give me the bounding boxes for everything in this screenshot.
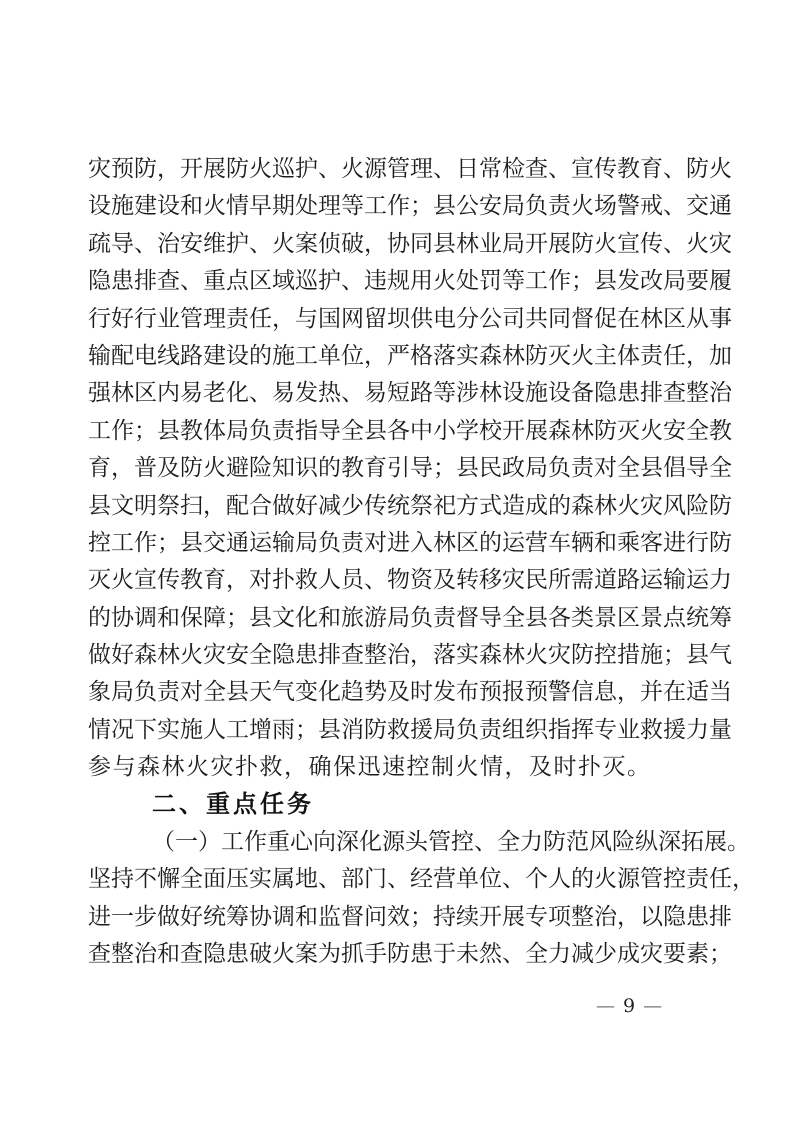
body-line: 象局负责对全县天气变化趋势及时发布预报预警信息，并在适当 xyxy=(88,673,706,710)
body-line: 的协调和保障；县文化和旅游局负责督导全县各类景区景点统筹 xyxy=(88,599,706,636)
page-number-right-dash: — xyxy=(643,995,664,1017)
body-line: 设施建设和火情早期处理等工作；县公安局负责火场警戒、交通 xyxy=(88,187,706,224)
document-page: 灾预防，开展防火巡护、火源管理、日常检查、宣传教育、防火 设施建设和火情早期处理… xyxy=(0,0,793,1122)
page-number-value: 9 xyxy=(617,995,643,1017)
section-heading: 二、重点任务 xyxy=(88,786,706,823)
body-line: 隐患排查、重点区域巡护、违规用火处罚等工作；县发改局要履 xyxy=(88,262,706,299)
body-line: 县文明祭扫，配合做好减少传统祭祀方式造成的森林火灾风险防 xyxy=(88,487,706,524)
body-line: 情况下实施人工增雨；县消防救援局负责组织指挥专业救援力量 xyxy=(88,711,706,748)
subsection-lead-line: （一）工作重心向深化源头管控、全力防范风险纵深拓展。 xyxy=(88,823,706,860)
page-number: —9— xyxy=(596,994,664,1018)
body-line: 输配电线路建设的施工单位，严格落实森林防灭火主体责任，加 xyxy=(88,337,706,374)
body-line: 做好森林火灾安全隐患排查整治，落实森林火灾防控措施；县气 xyxy=(88,636,706,673)
document-body: 灾预防，开展防火巡护、火源管理、日常检查、宣传教育、防火 设施建设和火情早期处理… xyxy=(88,150,706,973)
body-line: 灭火宣传教育，对扑救人员、物资及转移灾民所需道路运输运力 xyxy=(88,561,706,598)
body-line: 坚持不懈全面压实属地、部门、经营单位、个人的火源管控责任， xyxy=(88,860,706,897)
body-line: 查整治和查隐患破火案为抓手防患于未然、全力减少成灾要素； xyxy=(88,935,706,972)
body-line: 控工作；县交通运输局负责对进入林区的运营车辆和乘客进行防 xyxy=(88,524,706,561)
body-line: 强林区内易老化、易发热、易短路等涉林设施设备隐患排查整治 xyxy=(88,374,706,411)
body-line: 进一步做好统筹协调和监督问效；持续开展专项整治，以隐患排 xyxy=(88,898,706,935)
body-line: 育，普及防火避险知识的教育引导；县民政局负责对全县倡导全 xyxy=(88,449,706,486)
page-number-left-dash: — xyxy=(596,995,617,1017)
body-line: 灾预防，开展防火巡护、火源管理、日常检查、宣传教育、防火 xyxy=(88,150,706,187)
body-line-paragraph-end: 参与森林火灾扑救，确保迅速控制火情，及时扑灭。 xyxy=(88,748,706,785)
body-line: 行好行业管理责任，与国网留坝供电分公司共同督促在林区从事 xyxy=(88,300,706,337)
body-line: 疏导、治安维护、火案侦破，协同县林业局开展防火宣传、火灾 xyxy=(88,225,706,262)
body-line: 工作；县教体局负责指导全县各中小学校开展森林防灭火安全教 xyxy=(88,412,706,449)
